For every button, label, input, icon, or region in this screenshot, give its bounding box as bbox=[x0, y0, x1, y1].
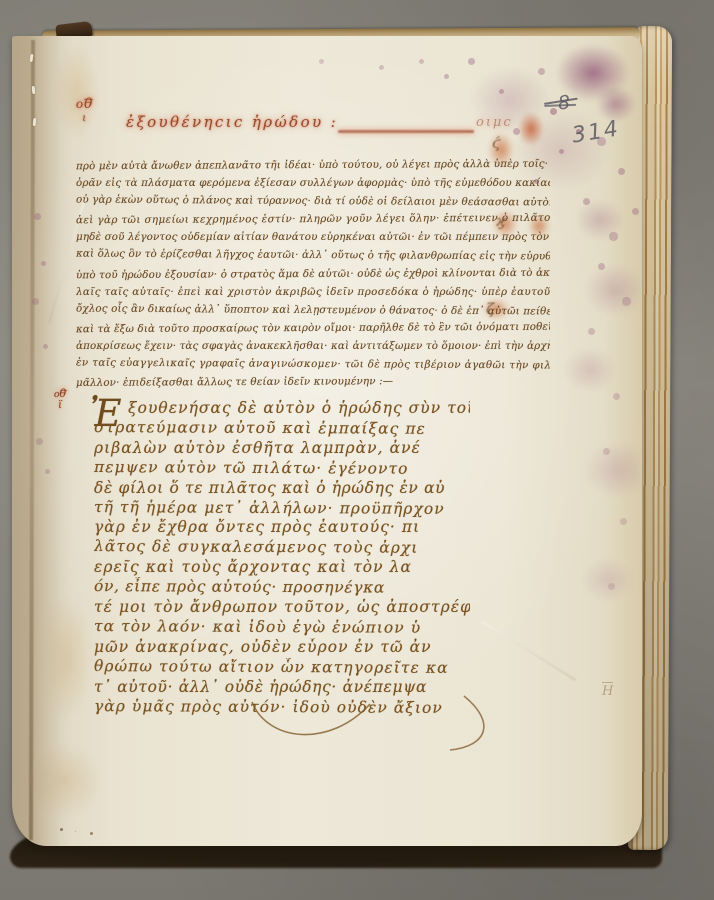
gospel-line: πεμψεν αὐτὸν τῶ πιλάτω· ἐγένοντο bbox=[94, 458, 470, 480]
commentary-line: ὑπὸ τοῦ ἡρώδου ἐξουσίαν· ὁ στρατὸς ἅμα δ… bbox=[76, 263, 550, 284]
commentary-line: καὶ ὅλως ὃν τὸ ἐρίζεσθαι λῆγχος ἑαυτῶι· … bbox=[76, 245, 550, 266]
gospel-line: τῆ τῆ ἡμέρα μετ᾽ ἀλλήλων· προϋπῆρχον bbox=[94, 498, 470, 520]
commentary-line: καὶ τὰ ἔξω διὰ τοῦτο προσκαίρως τὸν καιρ… bbox=[76, 318, 550, 339]
worm-holes bbox=[60, 828, 63, 831]
kephalaion-number: ο͞θ bbox=[76, 96, 93, 112]
rubric-title-faded: οιμϲ bbox=[476, 115, 513, 130]
yellow-stain bbox=[40, 596, 92, 720]
gospel-line: όν, εἶπε πρὸς αὐτούς· προσηνέγκα bbox=[94, 577, 470, 599]
commentary-line: ἐν ταῖς εὐαγγελικαῖς γραφαῖς ἀναγινώσκομ… bbox=[76, 354, 550, 375]
commentary-line: λαῖς ταῖς αὐταῖς· ἐπεὶ καὶ χριστὸν ἀκριβ… bbox=[76, 283, 550, 301]
parchment-crease bbox=[482, 621, 576, 681]
gospel-line: ριβαλὼν αὐτὸν ἐσθῆτα λαμπρὰν, ἀνέ bbox=[94, 439, 470, 459]
gospel-line: ξουθενήσας δὲ αὐτὸν ὁ ἡρώδης σὺν τοῖς bbox=[94, 399, 470, 419]
red-squiggle-glyph: ϛ́ bbox=[492, 134, 500, 152]
gospel-text-block: ξουθενήσας δὲ αὐτὸν ὁ ἡρώδης σὺν τοῖςστρ… bbox=[94, 399, 470, 718]
commentary-line: ἀεὶ γὰρ τῶι σημείωι κεχρημένος ἐστίν· πλ… bbox=[76, 209, 550, 230]
crossed-number: 8 bbox=[557, 92, 571, 115]
pencil-crossed-number: 8 bbox=[557, 92, 571, 115]
kephalaion-number-margin: ο͞θ ι bbox=[76, 98, 93, 125]
gospel-line: τέ μοι τὸν ἄνθρωπον τοῦτον, ὡς ἀποστρέφο… bbox=[94, 598, 470, 618]
margin-letter: Η bbox=[602, 682, 613, 699]
gospel-line: λᾶτος δὲ συγκαλεσάμενος τοὺς ἀρχι bbox=[94, 537, 470, 559]
commentary-line: ἀποκρίσεως ἔχειν· τὰς σφαγὰς ἀνακεκλῆσθα… bbox=[76, 337, 550, 355]
gospel-line: στρατεύμασιν αὐτοῦ καὶ ἐμπαίξας πε bbox=[94, 418, 470, 440]
commentary-line: μᾶλλον· ἐπιδείξασθαι ἄλλως τε θείαν ἰδεῖ… bbox=[76, 372, 417, 392]
gospel-line: δὲ φίλοι ὅ τε πιλᾶτος καὶ ὁ ἡρώδης ἐν αὐ bbox=[94, 479, 470, 499]
gutter-shade bbox=[12, 36, 72, 846]
kephalaion-number-section: ο͞θ ϊ bbox=[54, 388, 66, 411]
commentary-line: μηδὲ σοῦ λέγοντος οὐδεμίαν αἰτίαν θανάτο… bbox=[76, 228, 550, 246]
kephalaion-number-tail: ι bbox=[82, 113, 87, 124]
commentary-line: πρὸ μὲν αὐτὰ ἄνωθεν ἀπεπλανᾶτο τῆι ἰδέαι… bbox=[76, 155, 550, 176]
yellow-stain bbox=[54, 44, 98, 140]
section-sign-tail: ϊ bbox=[58, 400, 62, 411]
gospel-line: γὰρ ἐν ἔχθρα ὄντες πρὸς ἑαυτούς· πι bbox=[94, 518, 470, 538]
rubric-chapter-title: ἐξουθένηϲιϲ ἡρώδου : bbox=[126, 113, 338, 131]
section-sign: ο͞θ bbox=[54, 387, 66, 400]
gospel-line: μῶν ἀνακρίνας, οὐδὲν εὗρον ἐν τῶ ἀν bbox=[94, 638, 470, 658]
mold-speckles bbox=[12, 36, 15, 39]
gospel-line: ερεῖς καὶ τοὺς ἄρχοντας καὶ τὸν λα bbox=[94, 558, 470, 578]
rubric-rule-line bbox=[338, 130, 474, 133]
commentary-line: ὁρᾶν εἰς τὰ πλάσματα φερόμενα ἐξίεσαν συ… bbox=[76, 174, 550, 192]
photograph-of-manuscript: { "photo": { "subject": "Parchment codex… bbox=[0, 0, 714, 900]
yellow-stain bbox=[28, 744, 102, 818]
commentary-text-block: πρὸ μὲν αὐτὰ ἄνωθεν ἀπεπλανᾶτο τῆι ἰδέαι… bbox=[76, 156, 550, 391]
gospel-line: τα τὸν λαόν· καὶ ἰδοὺ ἐγὼ ἐνώπιον ὑ bbox=[94, 617, 470, 639]
gospel-line: θρώπω τούτω αἴτιον ὧν κατηγορεῖτε κα bbox=[94, 657, 470, 679]
rubric-ink-blot bbox=[518, 112, 544, 146]
scribal-flourish bbox=[238, 692, 508, 756]
